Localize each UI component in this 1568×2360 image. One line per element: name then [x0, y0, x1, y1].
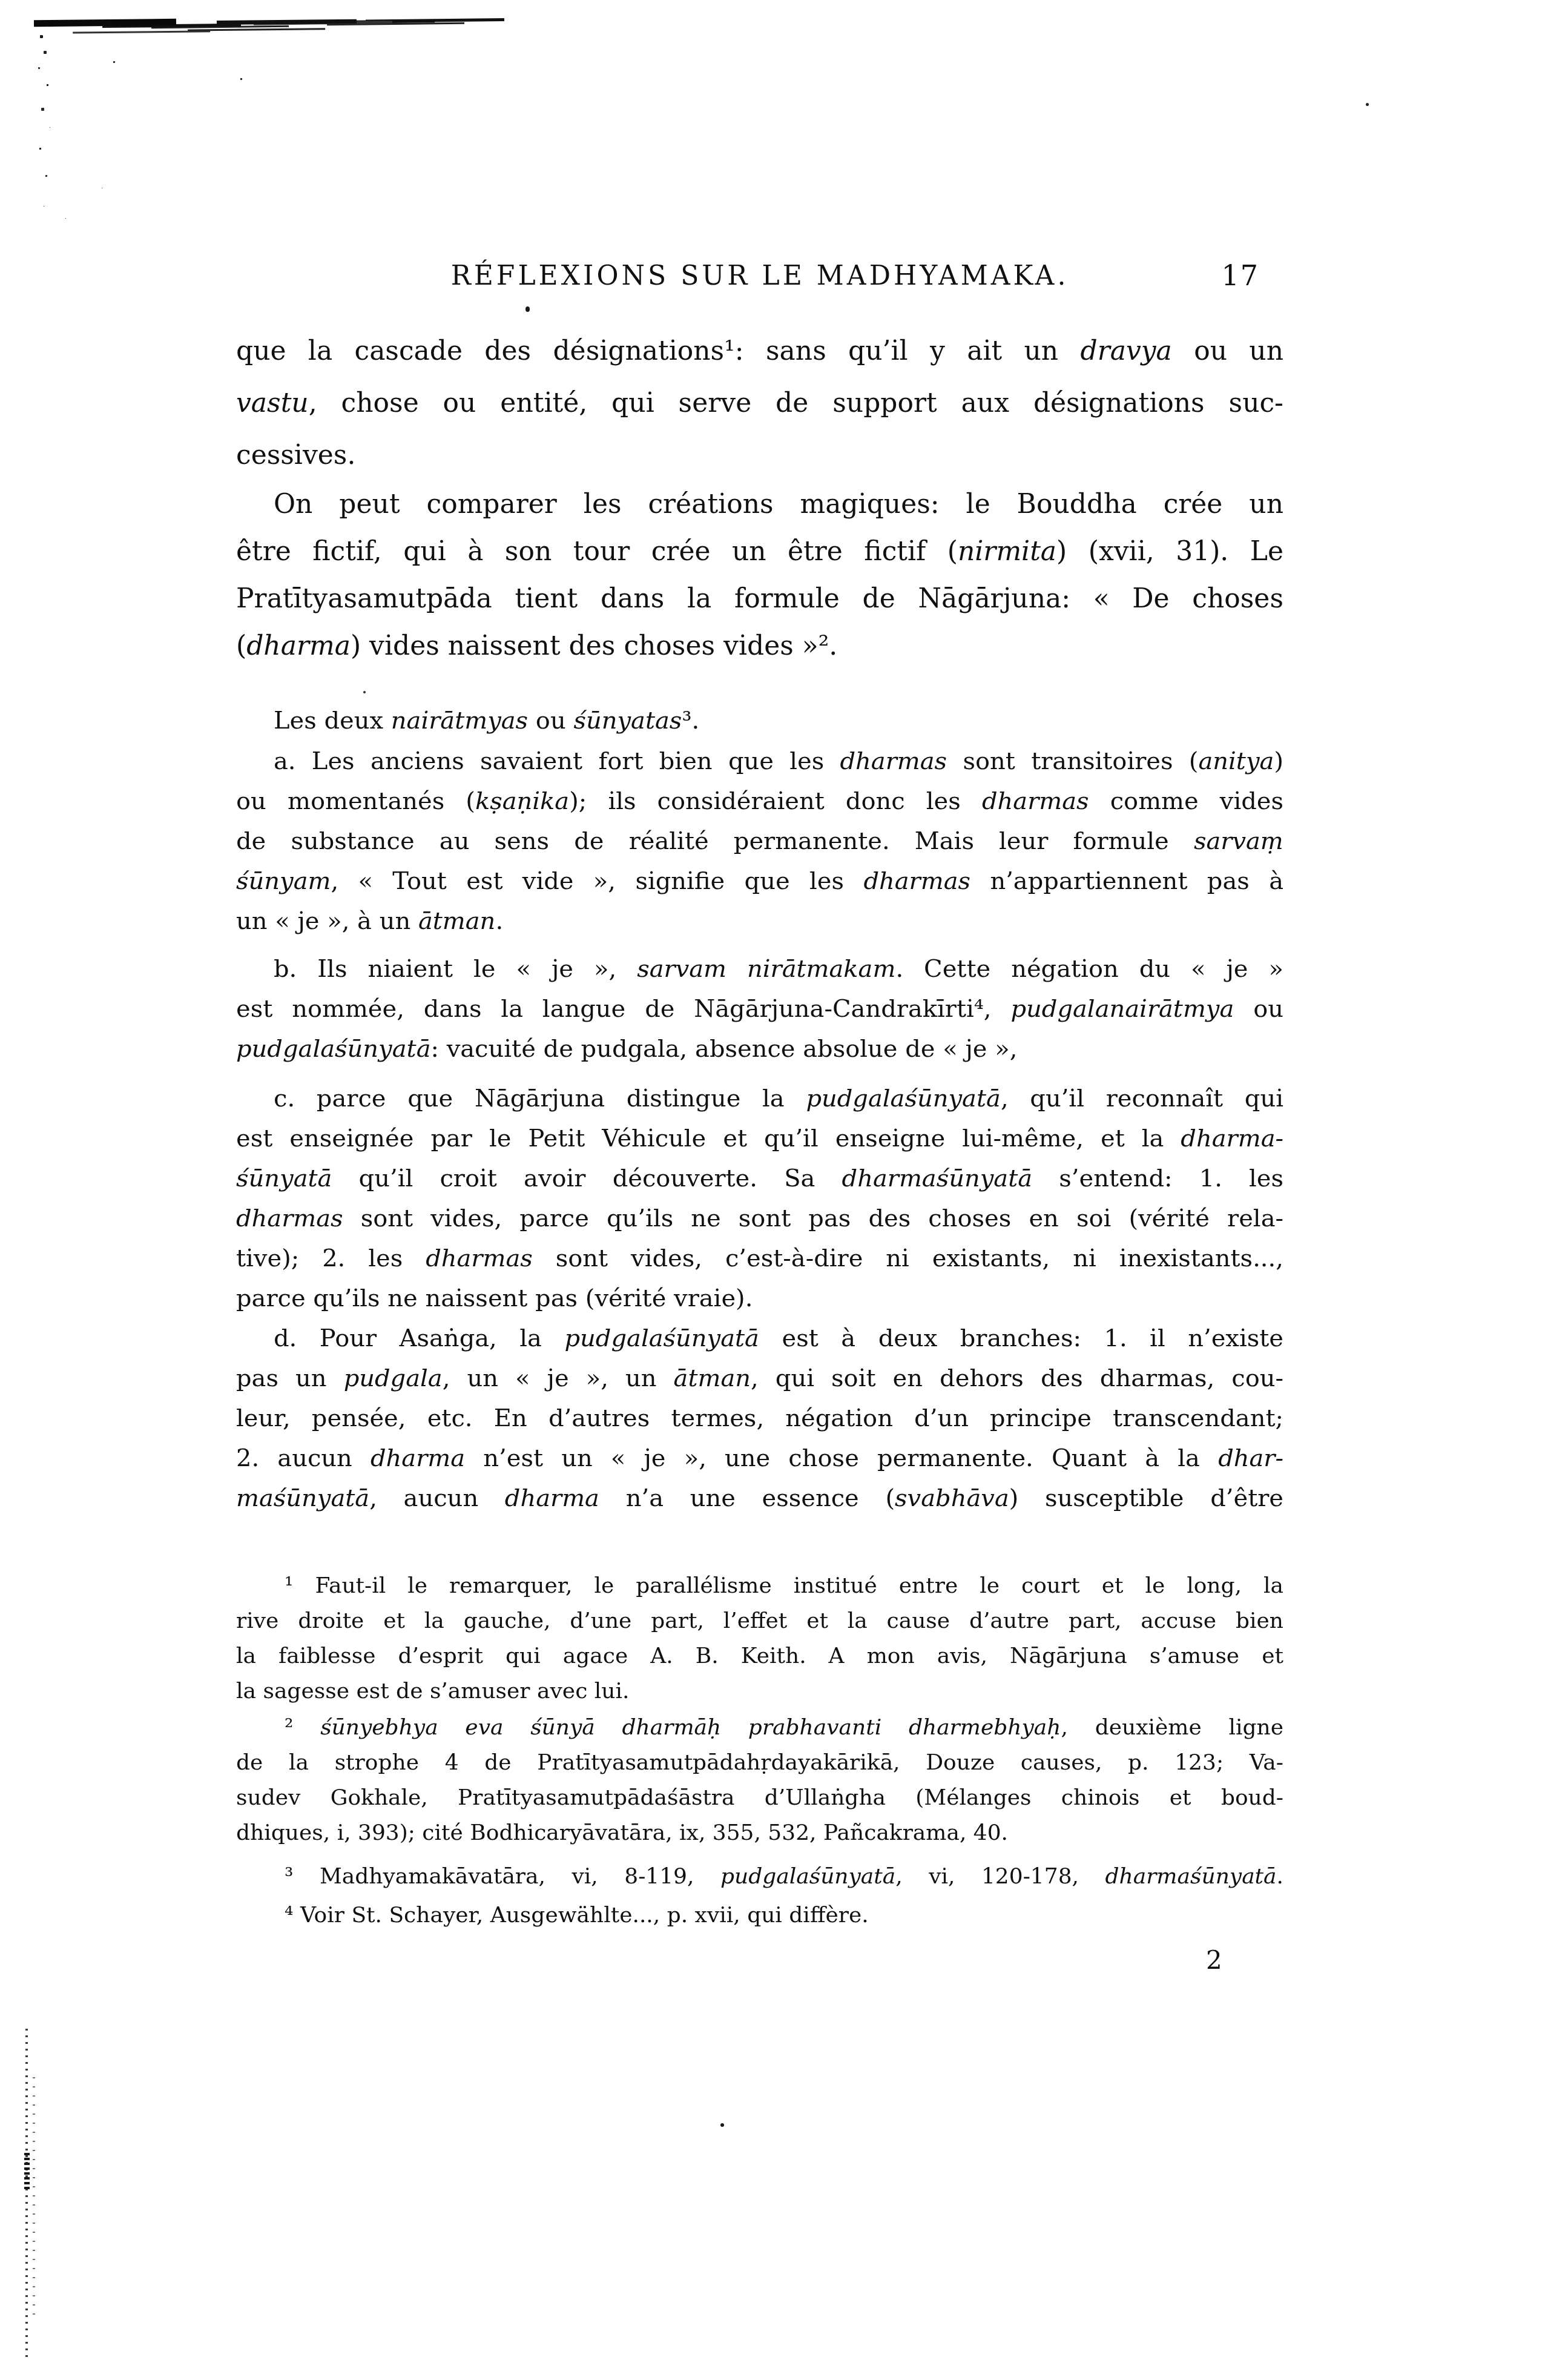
scanned-page: RÉFLEXIONS SUR LE MADHYAMAKA. 17 que la … [0, 0, 1568, 2360]
text-line: b. Ils niaient le « je », sarvam nirātma… [236, 949, 1283, 989]
paragraph: On peut comparer les créations magiques:… [236, 481, 1283, 670]
text-line: ¹ Faut-il le remarquer, le parallélisme … [236, 1568, 1283, 1604]
text-line: dhiques, i, 393); cité Bodhicaryāvatāra,… [236, 1816, 1283, 1851]
text-line: d. Pour Asaṅga, la pudgalaśūnyatā est à … [236, 1318, 1283, 1358]
text-line: śūnyatā qu’il croit avoir découverte. Sa… [236, 1159, 1283, 1198]
footnote-3: ³ Madhyamakāvatāra, vi, 8-119, pudgalaśū… [236, 1859, 1283, 1894]
paragraph-continuation: que la cascade des désignations¹: sans q… [236, 325, 1283, 481]
footnote-1: ¹ Faut-il le remarquer, le parallélisme … [236, 1568, 1283, 1709]
page-number: 17 [1221, 259, 1259, 292]
left-edge-scan-noise [24, 2153, 30, 2189]
section-heading: Les deux nairātmyas ou śūnyatas³. [236, 701, 1283, 741]
text-line: cessives. [236, 429, 1283, 481]
paragraph-c: c. parce que Nāgārjuna distingue la pudg… [236, 1079, 1283, 1318]
left-edge-scan-noise [25, 2029, 28, 2360]
text-line: parce qu’ils ne naissent pas (vérité vra… [236, 1278, 1283, 1318]
footnote-2: ² śūnyebhya eva śūnyā dharmāḥ prabhavant… [236, 1710, 1283, 1851]
text-line: la sagesse est de s’amuser avec lui. [236, 1674, 1283, 1709]
text-line: a. Les anciens savaient fort bien que le… [236, 741, 1283, 781]
text-line: ⁴ Voir St. Schayer, Ausgewählte..., p. x… [236, 1898, 1283, 1933]
text-line: (dharma) vides naissent des choses vides… [236, 623, 1283, 670]
ink-spot [525, 306, 530, 312]
text-line: 2. aucun dharma n’est un « je », une cho… [236, 1438, 1283, 1478]
paragraph-b: b. Ils niaient le « je », sarvam nirātma… [236, 949, 1283, 1069]
page-header: RÉFLEXIONS SUR LE MADHYAMAKA. 17 [236, 260, 1283, 303]
signature-mark: 2 [1206, 1945, 1222, 1975]
text-line: c. parce que Nāgārjuna distingue la pudg… [236, 1079, 1283, 1119]
left-edge-scan-noise [33, 2077, 35, 2319]
text-line: ³ Madhyamakāvatāra, vi, 8-119, pudgalaśū… [236, 1859, 1283, 1894]
text-line: est enseignée par le Petit Véhicule et q… [236, 1119, 1283, 1159]
text-line: pudgalaśūnyatā: vacuité de pudgala, abse… [236, 1029, 1283, 1069]
text-line: la faiblesse d’esprit qui agace A. B. Ke… [236, 1639, 1283, 1674]
footnote-4: ⁴ Voir St. Schayer, Ausgewählte..., p. x… [236, 1898, 1283, 1933]
text-line: que la cascade des désignations¹: sans q… [236, 325, 1283, 377]
text-line: dharmas sont vides, parce qu’ils ne sont… [236, 1198, 1283, 1238]
text-line: On peut comparer les créations magiques:… [236, 481, 1283, 528]
text-line: ou momentanés (kṣaṇika); ils considéraie… [236, 781, 1283, 821]
text-line: être fictif, qui à son tour crée un être… [236, 528, 1283, 575]
text-line: pas un pudgala, un « je », un ātman, qui… [236, 1358, 1283, 1398]
text-line: de la strophe 4 de Pratītyasamutpādahṛda… [236, 1745, 1283, 1780]
text-line: maśūnyatā, aucun dharma n’a une essence … [236, 1478, 1283, 1518]
text-line: est nommée, dans la langue de Nāgārjuna-… [236, 989, 1283, 1029]
text-line: de substance au sens de réalité permanen… [236, 821, 1283, 861]
text-line: Pratītyasamutpāda tient dans la formule … [236, 575, 1283, 623]
paragraph-a: a. Les anciens savaient fort bien que le… [236, 741, 1283, 941]
text-line: leur, pensée, etc. En d’autres termes, n… [236, 1398, 1283, 1438]
ink-spot [1366, 103, 1369, 106]
text-line: śūnyam, « Tout est vide », signifie que … [236, 861, 1283, 901]
text-line: vastu, chose ou entité, qui serve de sup… [236, 377, 1283, 429]
text-line: un « je », à un ātman. [236, 901, 1283, 941]
text-line: rive droite et la gauche, d’une part, l’… [236, 1604, 1283, 1639]
text-line: Les deux nairātmyas ou śūnyatas³. [236, 701, 1283, 741]
text-line: sudev Gokhale, Pratītyasamutpādaśāstra d… [236, 1780, 1283, 1816]
scan-speckle-cluster [40, 35, 43, 38]
ink-spot [720, 2123, 724, 2127]
paragraph-d: d. Pour Asaṅga, la pudgalaśūnyatā est à … [236, 1318, 1283, 1518]
ink-spot [363, 691, 366, 693]
running-title: RÉFLEXIONS SUR LE MADHYAMAKA. [236, 260, 1283, 291]
text-line: tive); 2. les dharmas sont vides, c’est-… [236, 1238, 1283, 1278]
text-line: ² śūnyebhya eva śūnyā dharmāḥ prabhavant… [236, 1710, 1283, 1745]
scan-smudge-artifact [34, 19, 176, 27]
